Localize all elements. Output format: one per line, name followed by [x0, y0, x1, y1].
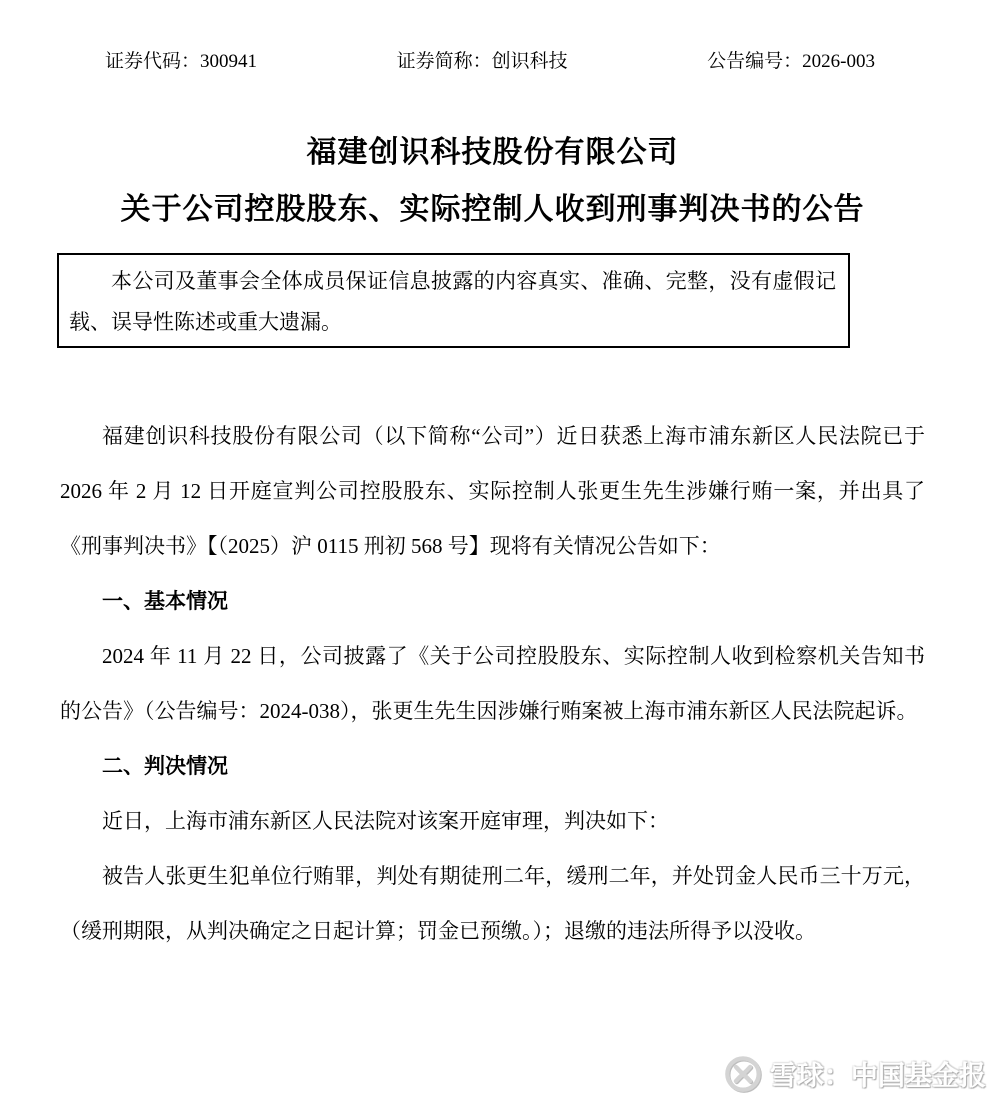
xueqiu-logo-icon	[724, 1055, 762, 1093]
basic-situation-paragraph: 2024 年 11 月 22 日，公司披露了《关于公司控股股东、实际控制人收到检…	[60, 629, 925, 739]
stock-code: 证券代码：300941	[105, 48, 257, 75]
header-row: 证券代码：300941 证券简称：创识科技 公告编号：2026-003	[60, 48, 925, 75]
section-2-heading: 二、判决情况	[60, 739, 925, 794]
disclaimer-text: 本公司及董事会全体成员保证信息披露的内容真实、准确、完整，没有虚假记载、误导性陈…	[69, 261, 836, 343]
document-title: 福建创识科技股份有限公司 关于公司控股股东、实际控制人收到刑事判决书的公告	[60, 124, 925, 238]
section-1-heading: 一、基本情况	[60, 574, 925, 629]
announcement-body: 福建创识科技股份有限公司（以下简称“公司”）近日获悉上海市浦东新区人民法院已于 …	[60, 409, 925, 959]
intro-paragraph: 福建创识科技股份有限公司（以下简称“公司”）近日获悉上海市浦东新区人民法院已于 …	[60, 409, 925, 574]
announcement-document: 证券代码：300941 证券简称：创识科技 公告编号：2026-003 福建创识…	[0, 0, 992, 959]
verdict-intro-paragraph: 近日，上海市浦东新区人民法院对该案开庭审理，判决如下：	[60, 794, 925, 849]
announcement-number: 公告编号：2026-003	[707, 48, 875, 75]
company-name-title: 福建创识科技股份有限公司	[60, 124, 925, 181]
stock-abbreviation: 证券简称：创识科技	[397, 48, 568, 75]
source-watermark: 雪球：中国基金报	[724, 1054, 986, 1093]
verdict-detail-paragraph: 被告人张更生犯单位行贿罪，判处有期徒刑二年，缓刑二年，并处罚金人民币三十万元，（…	[60, 849, 925, 959]
announcement-title: 关于公司控股股东、实际控制人收到刑事判决书的公告	[60, 181, 925, 238]
disclaimer-box: 本公司及董事会全体成员保证信息披露的内容真实、准确、完整，没有虚假记载、误导性陈…	[57, 253, 850, 348]
watermark-text: 雪球：中国基金报	[770, 1054, 986, 1093]
